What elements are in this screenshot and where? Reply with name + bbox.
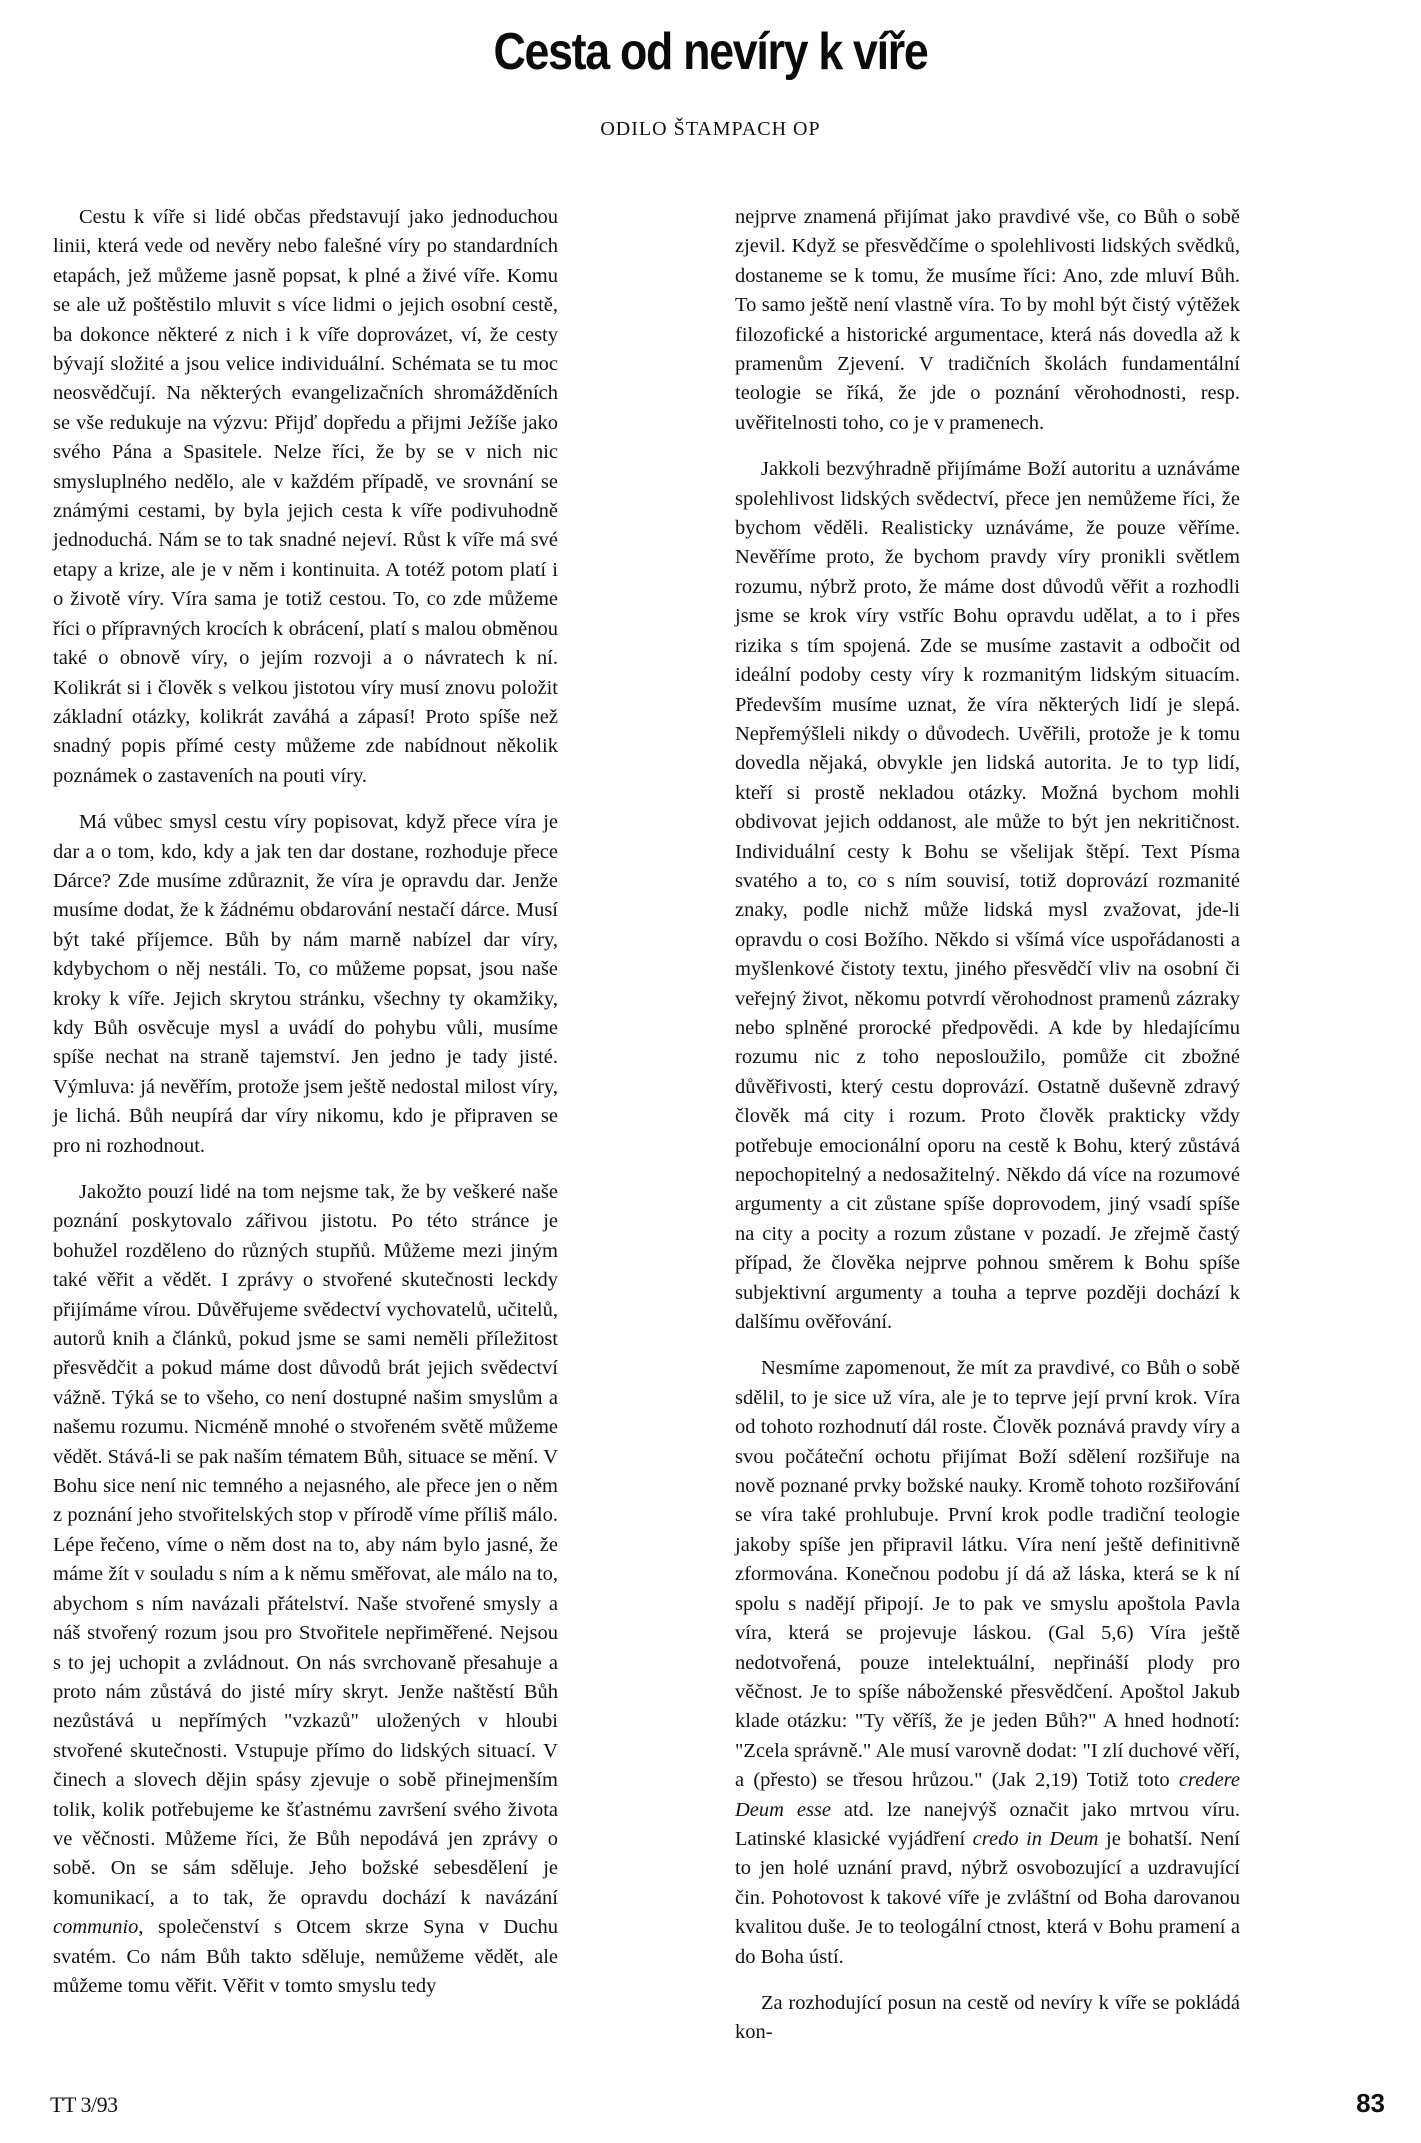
paragraph: Za rozhodující posun na cestě od nevíry … xyxy=(735,1989,1240,2048)
left-column: Cestu k víře si lidé občas představují j… xyxy=(53,203,558,2018)
paragraph: Jakožto pouzí lidé na tom nejsme tak, že… xyxy=(53,1178,558,2001)
latin-term: communio xyxy=(53,1916,138,1938)
paragraph-continued: nejprve znamená přijímat jako pravdivé v… xyxy=(735,203,1240,438)
paragraph-text: Jakožto pouzí lidé na tom nejsme tak, že… xyxy=(53,1181,558,1909)
paragraph: Cestu k víře si lidé občas představují j… xyxy=(53,203,558,791)
paragraph: Jakkoli bezvýhradně přijímáme Boží autor… xyxy=(735,455,1240,1337)
article-title: Cesta od nevíry k víře xyxy=(99,22,1321,82)
latin-term: credo in Deum xyxy=(973,1828,1099,1850)
paragraph-text: Nesmíme zapomenout, že mít za pravdivé, … xyxy=(735,1357,1240,1791)
paragraph: Nesmíme zapomenout, že mít za pravdivé, … xyxy=(735,1354,1240,1972)
page-number: 83 xyxy=(1356,2088,1385,2119)
paragraph: Má vůbec smysl cestu víry popisovat, kdy… xyxy=(53,808,558,1161)
article-author: ODILO ŠTAMPACH OP xyxy=(0,118,1421,141)
right-column: nejprve znamená přijímat jako pravdivé v… xyxy=(735,203,1240,2065)
issue-label: TT 3/93 xyxy=(50,2092,118,2118)
